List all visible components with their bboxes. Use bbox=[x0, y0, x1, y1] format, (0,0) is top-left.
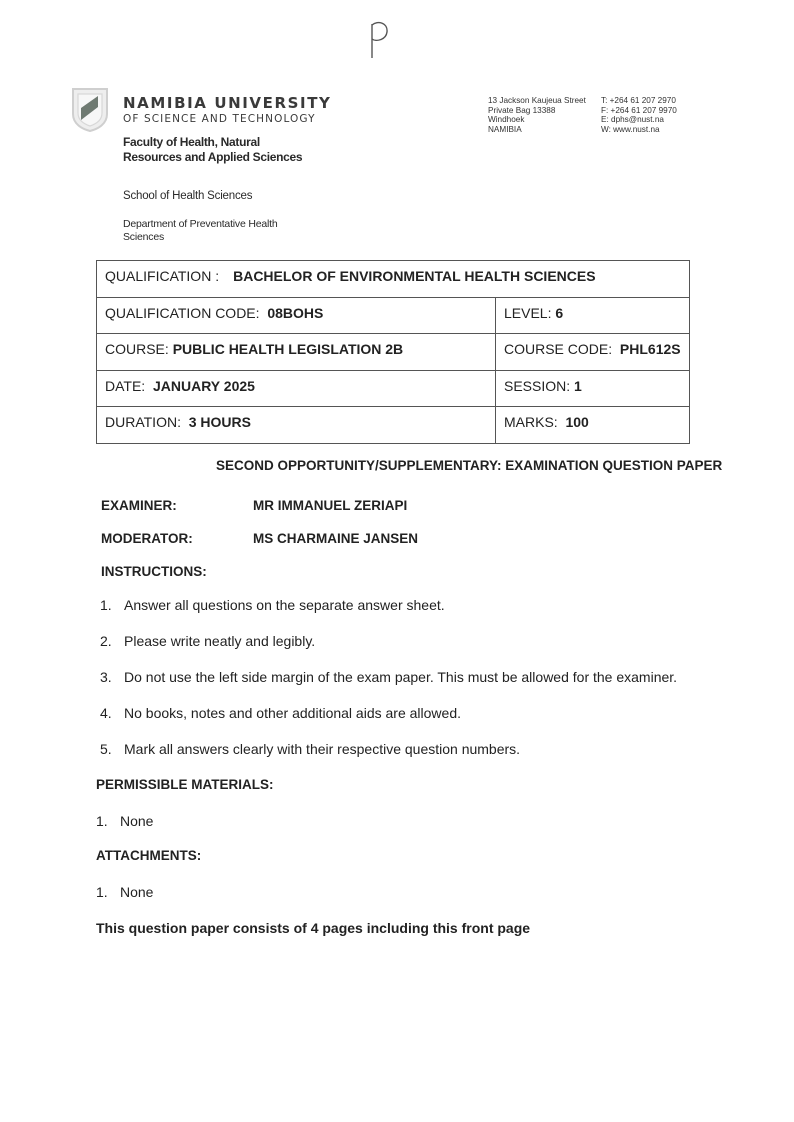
qualification-code-cell: QUALIFICATION CODE: 08BOHS bbox=[97, 297, 496, 334]
table-row: QUALIFICATION :BACHELOR OF ENVIRONMENTAL… bbox=[97, 261, 690, 298]
qualification-code-label: QUALIFICATION CODE: bbox=[105, 305, 260, 321]
duration-label: DURATION: bbox=[105, 414, 181, 430]
faculty-name: Faculty of Health, Natural Resources and… bbox=[123, 135, 303, 164]
course-code-label: COURSE CODE: bbox=[504, 341, 612, 357]
course-label: COURSE: bbox=[105, 341, 169, 357]
qualification-label: QUALIFICATION : bbox=[105, 268, 219, 284]
item-number: 1. bbox=[96, 813, 120, 829]
list-item: 3.Do not use the left side margin of the… bbox=[100, 669, 677, 705]
handwritten-p-mark bbox=[368, 18, 392, 64]
level-value: 6 bbox=[555, 305, 563, 321]
permissible-materials-heading: PERMISSIBLE MATERIALS: bbox=[96, 777, 274, 792]
list-item: 1.Answer all questions on the separate a… bbox=[100, 597, 677, 633]
item-number: 5. bbox=[100, 741, 124, 757]
session-cell: SESSION: 1 bbox=[496, 370, 690, 407]
contact-line: W: www.nust.na bbox=[601, 125, 677, 135]
marks-cell: MARKS: 100 bbox=[496, 407, 690, 444]
level-label: LEVEL: bbox=[504, 305, 551, 321]
item-text: Please write neatly and legibly. bbox=[124, 633, 315, 649]
item-text: Answer all questions on the separate ans… bbox=[124, 597, 445, 613]
address-line: Windhoek bbox=[488, 115, 586, 125]
item-text: No books, notes and other additional aid… bbox=[124, 705, 461, 721]
department-name: Department of Preventative Health Scienc… bbox=[123, 218, 283, 244]
list-item: 1.None bbox=[96, 813, 153, 829]
examiner-name: MR IMMANUEL ZERIAPI bbox=[253, 498, 407, 513]
item-text: Mark all answers clearly with their resp… bbox=[124, 741, 520, 757]
exam-info-table: QUALIFICATION :BACHELOR OF ENVIRONMENTAL… bbox=[96, 260, 690, 444]
item-number: 1. bbox=[96, 884, 120, 900]
course-code-cell: COURSE CODE: PHL612S bbox=[496, 334, 690, 371]
qualification-value: BACHELOR OF ENVIRONMENTAL HEALTH SCIENCE… bbox=[233, 268, 595, 284]
session-value: 1 bbox=[574, 378, 582, 394]
qualification-cell: QUALIFICATION :BACHELOR OF ENVIRONMENTAL… bbox=[97, 261, 690, 298]
session-label: SESSION: bbox=[504, 378, 570, 394]
course-cell: COURSE: PUBLIC HEALTH LEGISLATION 2B bbox=[97, 334, 496, 371]
duration-cell: DURATION: 3 HOURS bbox=[97, 407, 496, 444]
item-text: Do not use the left side margin of the e… bbox=[124, 669, 677, 685]
list-item: 2.Please write neatly and legibly. bbox=[100, 633, 677, 669]
contact-line: T: +264 61 207 2970 bbox=[601, 96, 677, 106]
contact-details: T: +264 61 207 2970 F: +264 61 207 9970 … bbox=[601, 96, 677, 134]
item-number: 4. bbox=[100, 705, 124, 721]
postal-address: 13 Jackson Kaujeua Street Private Bag 13… bbox=[488, 96, 586, 134]
item-number: 3. bbox=[100, 669, 124, 685]
course-code-value: PHL612S bbox=[620, 341, 681, 357]
list-item: 1.None bbox=[96, 884, 153, 900]
table-row: DATE: JANUARY 2025 SESSION: 1 bbox=[97, 370, 690, 407]
item-text: None bbox=[120, 884, 153, 900]
moderator-name: MS CHARMAINE JANSEN bbox=[253, 531, 418, 546]
table-row: COURSE: PUBLIC HEALTH LEGISLATION 2B COU… bbox=[97, 334, 690, 371]
duration-value: 3 HOURS bbox=[189, 414, 251, 430]
qualification-code-value: 08BOHS bbox=[267, 305, 323, 321]
contact-line: E: dphs@nust.na bbox=[601, 115, 677, 125]
attachments-heading: ATTACHMENTS: bbox=[96, 848, 201, 863]
list-item: 4.No books, notes and other additional a… bbox=[100, 705, 677, 741]
university-name: NAMIBIA UNIVERSITY bbox=[123, 94, 332, 112]
marks-value: 100 bbox=[565, 414, 588, 430]
examiner-label: EXAMINER: bbox=[101, 498, 177, 513]
school-name: School of Health Sciences bbox=[123, 190, 252, 202]
contact-line: F: +264 61 207 9970 bbox=[601, 106, 677, 116]
item-number: 1. bbox=[100, 597, 124, 613]
date-value: JANUARY 2025 bbox=[153, 378, 255, 394]
date-label: DATE: bbox=[105, 378, 145, 394]
university-logo-icon bbox=[70, 86, 110, 132]
paper-title: SECOND OPPORTUNITY/SUPPLEMENTARY: EXAMIN… bbox=[216, 458, 722, 473]
moderator-label: MODERATOR: bbox=[101, 531, 193, 546]
date-cell: DATE: JANUARY 2025 bbox=[97, 370, 496, 407]
address-line: NAMIBIA bbox=[488, 125, 586, 135]
page-count-note: This question paper consists of 4 pages … bbox=[96, 920, 530, 936]
course-value: PUBLIC HEALTH LEGISLATION 2B bbox=[173, 341, 403, 357]
level-cell: LEVEL: 6 bbox=[496, 297, 690, 334]
table-row: DURATION: 3 HOURS MARKS: 100 bbox=[97, 407, 690, 444]
marks-label: MARKS: bbox=[504, 414, 558, 430]
address-line: 13 Jackson Kaujeua Street bbox=[488, 96, 586, 106]
address-line: Private Bag 13388 bbox=[488, 106, 586, 116]
item-number: 2. bbox=[100, 633, 124, 649]
list-item: 5.Mark all answers clearly with their re… bbox=[100, 741, 677, 777]
item-text: None bbox=[120, 813, 153, 829]
instructions-list: 1.Answer all questions on the separate a… bbox=[100, 597, 677, 777]
table-row: QUALIFICATION CODE: 08BOHS LEVEL: 6 bbox=[97, 297, 690, 334]
university-subtitle: OF SCIENCE AND TECHNOLOGY bbox=[123, 113, 316, 125]
instructions-heading: INSTRUCTIONS: bbox=[101, 564, 207, 579]
